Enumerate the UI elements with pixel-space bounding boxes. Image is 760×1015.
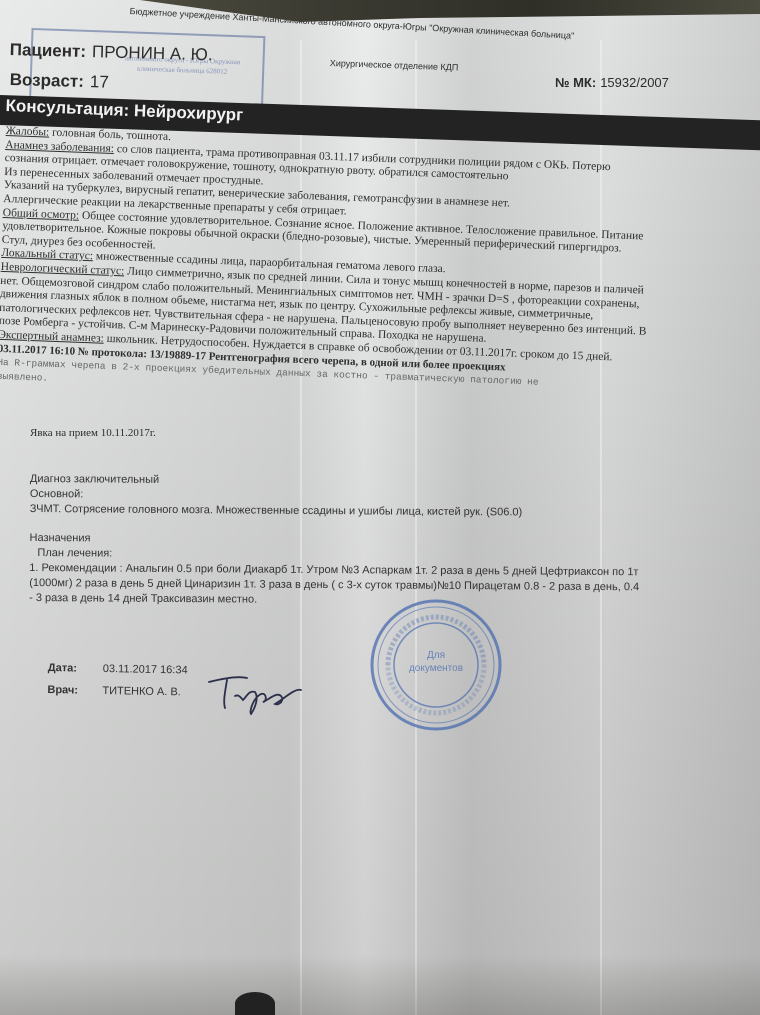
follow-up-appointment: Явка на прием 10.11.2017г. <box>30 427 156 439</box>
age-row: Возраст:17 <box>9 70 109 93</box>
local-status-label: Локальный статус: <box>1 247 93 262</box>
round-stamp: Для документов <box>368 597 504 733</box>
date-row: Дата:03.11.2017 16:34 <box>48 657 188 681</box>
age-label: Возраст: <box>10 70 85 91</box>
mk-value: 15932/2007 <box>600 75 669 90</box>
round-stamp-text: Для документов <box>406 649 466 675</box>
doctor-name: ТИТЕНКО А. В. <box>102 685 181 698</box>
age-value: 17 <box>90 72 109 91</box>
complaints-label: Жалобы: <box>6 125 50 139</box>
doctor-label: Врач: <box>47 679 102 702</box>
mk-label: № МК: <box>555 75 596 90</box>
doctor-row: Врач:ТИТЕНКО А. В. <box>47 679 187 703</box>
diagnosis-and-plan: Диагноз заключительный Основной: ЗЧМТ. С… <box>29 472 640 610</box>
signoff-block: Дата:03.11.2017 16:34 Врач:ТИТЕНКО А. В. <box>47 657 188 703</box>
patient-name: ПРОНИН А. Ю. <box>92 42 213 64</box>
consultation-body: Жалобы: головная боль, тошнота. Анамнез … <box>0 125 760 411</box>
medical-card-number: № МК:15932/2007 <box>555 75 669 90</box>
date-label: Дата: <box>48 657 103 680</box>
signature-icon <box>205 668 315 718</box>
patient-label: Пациент: <box>10 40 87 61</box>
general-exam-label: Общий осмотр: <box>3 207 80 222</box>
department-name: Хирургическое отделение КДП <box>330 58 459 72</box>
document-sheet: Бюджетное учреждение Ханты-Мансийского а… <box>0 0 760 1015</box>
date-value: 03.11.2017 16:34 <box>103 663 188 676</box>
finger-shadow <box>235 992 275 1015</box>
shadow <box>0 955 760 1015</box>
expert-anamnesis-label: Экспертный анамнез: <box>0 329 104 345</box>
